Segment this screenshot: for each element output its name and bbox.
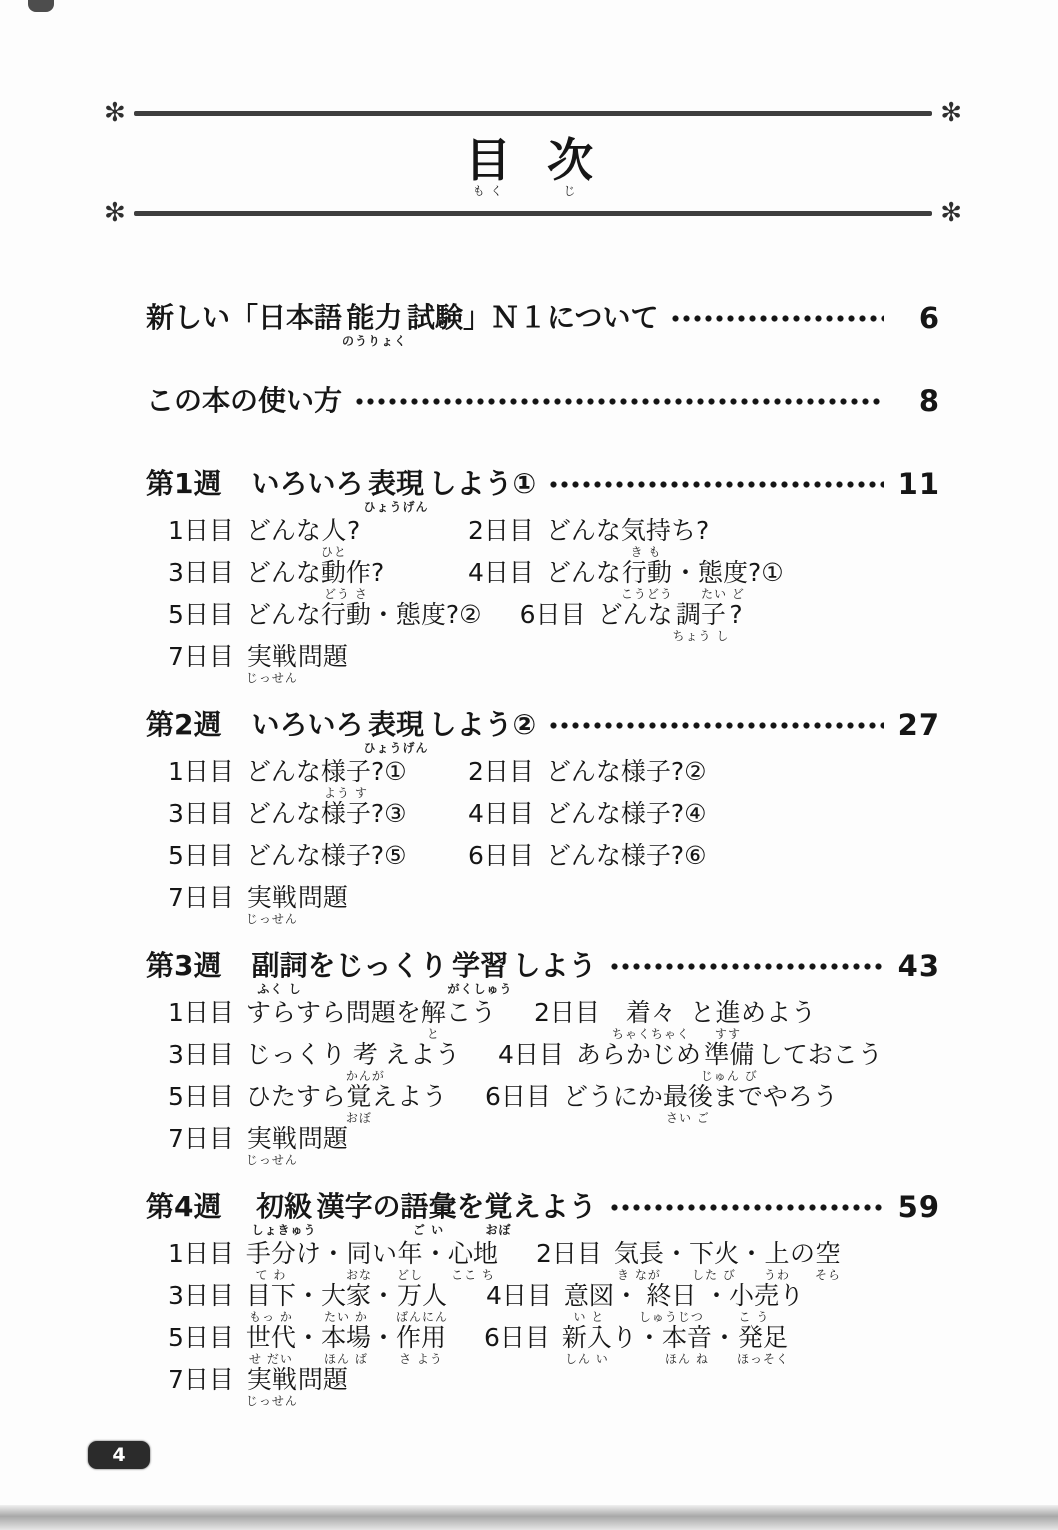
- base-text: 試験」Ｎ１について: [407, 302, 658, 334]
- day-item: 2日目どんな様子?②: [468, 758, 707, 800]
- base-text: 様子: [321, 758, 371, 786]
- base-text: 本音: [662, 1324, 712, 1352]
- day-row: 5日目世代せ だい・本場ほん ば・作用さ よう6日目新入しん いり・本音ほん ね…: [168, 1324, 940, 1366]
- text-segment: ?: [347, 517, 360, 559]
- text-segment: どんな行動・態度?②: [246, 601, 482, 643]
- day-item: 6日目どんな調子ちょう し?: [520, 601, 743, 643]
- text-segment: こう: [446, 999, 496, 1041]
- base-text: どんな: [598, 601, 673, 629]
- base-text: ・: [296, 1282, 321, 1310]
- text-segment: しよう①: [429, 468, 537, 514]
- base-text: い: [372, 1240, 397, 1268]
- day-text: 世代せ だい・本場ほん ば・作用さ よう: [246, 1324, 446, 1366]
- scan-bottom-edge: [0, 1505, 1058, 1530]
- flower-asterisk-icon: ✻: [940, 100, 962, 126]
- ruby-segment: 目も く: [465, 136, 511, 198]
- day-row: 7日目実戦じっせん問題: [168, 643, 940, 685]
- day-label: 3日目: [168, 1282, 234, 1310]
- day-row: 7日目実戦じっせん問題: [168, 884, 940, 926]
- base-text: どんな行動・態度?②: [246, 601, 482, 629]
- ruby-segment: 様子よう す: [321, 758, 371, 800]
- ruby-segment: 終日しゅうじつ: [639, 1282, 704, 1324]
- base-text: 人: [321, 517, 346, 545]
- ruby-segment: 進すす: [715, 999, 741, 1041]
- day-row: 5日目どんな行動・態度?②6日目どんな調子ちょう し?: [168, 601, 940, 643]
- base-text: しておこう: [758, 1041, 883, 1069]
- ruby-segment: 次じ: [547, 136, 593, 198]
- text-segment: ひたすら: [246, 1083, 346, 1125]
- week-heading: 第4週初級しょきゅう漢字の語彙ご いを覚おぼえよう59: [146, 1191, 940, 1237]
- text-segment: ・: [712, 1324, 737, 1366]
- day-label: 7日目: [168, 1366, 234, 1394]
- page-title-wrap: 目も く次じ: [0, 126, 1058, 200]
- furigana: さ よう: [399, 1353, 443, 1366]
- toc-header: ✻ ✻ 目も く次じ ✻ ✻: [0, 0, 1058, 226]
- text-segment: えよう: [513, 1191, 597, 1237]
- text-segment: ?①: [748, 559, 784, 601]
- day-label: 7日目: [168, 884, 234, 912]
- day-item: 5日目ひたすら覚おぼえよう: [168, 1083, 447, 1125]
- furigana: も く: [473, 185, 504, 198]
- horizontal-rule: [134, 211, 932, 216]
- base-text: 実戦: [247, 1366, 297, 1394]
- text-segment: ・: [673, 559, 698, 601]
- base-text: どんな様子?⑤: [246, 842, 407, 870]
- text-segment: どんな様子?②: [546, 758, 707, 800]
- entry-about-new-jlpt-n1: 新しい「日本語能力のうりょく試験」Ｎ１について6: [146, 302, 940, 348]
- base-text: 第1週: [146, 468, 221, 500]
- base-text: 問題: [298, 643, 348, 671]
- base-text: 行動: [622, 559, 672, 587]
- base-text: ?: [371, 559, 384, 587]
- base-text: ?①: [748, 559, 784, 587]
- ruby-segment: 実戦じっせん: [246, 1125, 298, 1167]
- ruby-segment: 表現ひょうげん: [364, 709, 429, 755]
- furigana: しょきゅう: [251, 1224, 316, 1237]
- ruby-segment: 心地ここ ち: [448, 1240, 498, 1282]
- text-segment: どんな: [546, 559, 621, 601]
- base-text: しよう①: [429, 468, 537, 500]
- day-row: 3日目どんな様子?③4日目どんな様子?④: [168, 800, 940, 842]
- day-label: 1日目: [168, 517, 234, 545]
- furigana: おぼ: [346, 1112, 372, 1125]
- furigana: ちょう し: [673, 630, 730, 643]
- ruby-segment: 初級しょきゅう: [251, 1191, 316, 1237]
- furigana: じっせん: [246, 672, 298, 685]
- base-text: いろいろ: [251, 709, 363, 741]
- day-item: 1日目手分て わけ・同おない年どし・心地ここ ち: [168, 1240, 498, 1282]
- day-row: 1日目どんな様子よう す?①2日目どんな様子?②: [168, 758, 940, 800]
- base-text: を: [457, 1191, 485, 1223]
- base-text: ・: [371, 1324, 396, 1352]
- day-label: 5日目: [168, 842, 234, 870]
- day-row: 3日目じっくり考かんがえよう4日目あらかじめ準備じゅん びしておこう: [168, 1041, 940, 1083]
- ornament-rule-top: ✻ ✻: [104, 100, 962, 126]
- text-segment: ?: [729, 601, 742, 643]
- base-text: いろいろ: [251, 468, 363, 500]
- text-segment: いろいろ: [251, 709, 363, 755]
- day-text: どんな動作どう さ?: [246, 559, 384, 601]
- text-segment: 問題: [298, 1125, 348, 1167]
- ruby-segment: 作用さ よう: [396, 1324, 446, 1366]
- day-row: 5日目どんな様子?⑤6日目どんな様子?⑥: [168, 842, 940, 884]
- text-segment: い: [372, 1240, 397, 1282]
- text-segment: どんな: [246, 758, 321, 800]
- base-text: どんな: [246, 758, 321, 786]
- base-text: 気持: [621, 517, 671, 545]
- furigana: さい ご: [666, 1112, 710, 1125]
- dotted-leader: [354, 385, 884, 417]
- base-text: ・: [423, 1240, 448, 1268]
- base-text: 下火: [689, 1240, 739, 1268]
- day-text: すらすら問題を解とこう: [246, 999, 496, 1041]
- base-text: け・: [296, 1240, 346, 1268]
- base-text: 実戦: [247, 1125, 297, 1153]
- ruby-segment: 小売こ う: [729, 1282, 779, 1324]
- furigana: ご い: [413, 1224, 444, 1237]
- text-segment: ・: [371, 1324, 396, 1366]
- text-segment: ・: [423, 1240, 448, 1282]
- ornament-rule-bottom: ✻ ✻: [104, 200, 962, 226]
- ruby-segment: 考かんが: [346, 1041, 385, 1083]
- text-segment: どんな様子?⑥: [546, 842, 707, 884]
- base-text: この本の使い方: [146, 385, 342, 417]
- week-label: 第1週: [146, 468, 221, 514]
- day-item: 3日目目下もっ か・大家たい か・万人ばんにん: [168, 1282, 448, 1324]
- day-text: どんな調子ちょう し?: [598, 601, 743, 643]
- day-text: どんな様子?⑤: [246, 842, 407, 884]
- ruby-segment: 着々ちゃくちゃく: [612, 999, 690, 1041]
- text-segment: どんな: [246, 559, 321, 601]
- text-segment: 試験」Ｎ１について: [407, 302, 658, 348]
- base-text: 世代: [246, 1324, 296, 1352]
- base-text: ?: [347, 517, 360, 545]
- day-item: 3日目どんな動作どう さ?: [168, 559, 430, 601]
- day-item: 7日目実戦じっせん問題: [168, 1125, 430, 1167]
- day-item: 1日目どんな様子よう す?①: [168, 758, 430, 800]
- page-number-badge: 4: [88, 1441, 150, 1469]
- toc-body: 新しい「日本語能力のうりょく試験」Ｎ１について6この本の使い方8第1週いろいろ表…: [0, 302, 1058, 1408]
- base-text: ?①: [371, 758, 407, 786]
- day-item: 1日目どんな人ひと?: [168, 517, 430, 559]
- ruby-segment: 目下もっ か: [246, 1282, 296, 1324]
- furigana: じっせん: [246, 1154, 298, 1167]
- day-row: 5日目ひたすら覚おぼえよう6日目どうにか最後さい ごまでやろう: [168, 1083, 940, 1125]
- text-segment: どんな様子?④: [546, 800, 707, 842]
- day-item: 3日目どんな様子?③: [168, 800, 430, 842]
- base-text: 覚: [485, 1191, 513, 1223]
- ruby-segment: 空そら: [815, 1240, 841, 1282]
- day-label: 1日目: [168, 999, 234, 1027]
- base-text: 目: [465, 136, 511, 184]
- base-text: どんな様子?②: [546, 758, 707, 786]
- text-segment: どんな: [246, 517, 321, 559]
- ruby-segment: 下火した び: [689, 1240, 739, 1282]
- text-segment: ち?: [671, 517, 709, 559]
- text-segment: ?①: [371, 758, 407, 800]
- day-item: 5日目どんな行動・態度?②: [168, 601, 482, 643]
- base-text: 空: [816, 1240, 841, 1268]
- ruby-segment: 本場ほん ば: [321, 1324, 371, 1366]
- text-segment: け・: [296, 1240, 346, 1282]
- day-label: 3日目: [168, 559, 234, 587]
- text-segment: めよう: [741, 999, 816, 1041]
- base-text: 表現: [368, 468, 424, 500]
- base-text: ・: [371, 1282, 396, 1310]
- day-row: 1日目どんな人ひと?2日目どんな気持き もち?: [168, 517, 940, 559]
- base-text: しよう②: [429, 709, 537, 741]
- base-text: しよう: [513, 950, 597, 982]
- ruby-segment: 万人ばんにん: [396, 1282, 448, 1324]
- week-section-3: 第3週副詞ふく しをじっくり学習がくしゅうしよう431日目すらすら問題を解とこう…: [146, 950, 940, 1167]
- day-label: 2日目: [468, 517, 534, 545]
- day-text: あらかじめ準備じゅん びしておこう: [576, 1041, 883, 1083]
- day-text: どんな様子?②: [546, 758, 707, 800]
- day-label: 6日目: [520, 601, 586, 629]
- base-text: 着々: [626, 999, 676, 1027]
- base-text: どんな: [546, 559, 621, 587]
- flower-asterisk-icon: ✻: [104, 200, 126, 226]
- base-text: 語彙: [401, 1191, 457, 1223]
- text-segment: と: [690, 999, 715, 1041]
- ruby-segment: 実戦じっせん: [246, 884, 298, 926]
- text-segment: の: [790, 1240, 815, 1282]
- base-text: り・: [612, 1324, 662, 1352]
- base-text: 第2週: [146, 709, 221, 741]
- week-section-4: 第4週初級しょきゅう漢字の語彙ご いを覚おぼえよう591日目手分て わけ・同おな…: [146, 1191, 940, 1408]
- day-row: 3日目目下もっ か・大家たい か・万人ばんにん4日目意図い と・終日しゅうじつ・…: [168, 1282, 940, 1324]
- base-text: 次: [547, 136, 593, 184]
- text-segment: しよう②: [429, 709, 537, 755]
- dotted-leader: [609, 950, 884, 982]
- day-text: じっくり考かんがえよう: [246, 1041, 460, 1083]
- text-segment: ・: [664, 1240, 689, 1282]
- text-segment: 問題: [298, 884, 348, 926]
- ruby-segment: 副詞ふく し: [251, 950, 307, 996]
- base-text: 初級: [256, 1191, 312, 1223]
- base-text: あらかじめ: [576, 1041, 701, 1069]
- day-item: 4日目あらかじめ準備じゅん びしておこう: [498, 1041, 883, 1083]
- week-heading: 第2週いろいろ表現ひょうげんしよう②27: [146, 709, 940, 755]
- entry-title: いろいろ表現ひょうげんしよう②: [251, 709, 536, 755]
- week-section-2: 第2週いろいろ表現ひょうげんしよう②271日目どんな様子よう す?①2日目どんな…: [146, 709, 940, 926]
- flower-asterisk-icon: ✻: [104, 100, 126, 126]
- toc-page: ✻ ✻ 目も く次じ ✻ ✻ 新しい「日本語能力のうりょく試験」Ｎ１について6こ…: [0, 0, 1058, 1530]
- base-text: ・: [704, 1282, 729, 1310]
- base-text: 最後: [663, 1083, 713, 1111]
- furigana: ひょうげん: [364, 501, 429, 514]
- base-text: 問題: [298, 1366, 348, 1394]
- entry-how-to-use-this-book: この本の使い方8: [146, 385, 940, 431]
- base-text: めよう: [741, 999, 816, 1027]
- base-text: 手分: [246, 1240, 296, 1268]
- text-segment: ・: [704, 1282, 729, 1324]
- text-segment: までやろう: [713, 1083, 838, 1125]
- week-label: 第3週: [146, 950, 221, 996]
- day-label: 4日目: [486, 1282, 552, 1310]
- day-label: 5日目: [168, 1324, 234, 1352]
- base-text: どんな様子?⑥: [546, 842, 707, 870]
- base-text: 万人: [397, 1282, 447, 1310]
- base-text: えよう: [385, 1041, 460, 1069]
- base-text: 漢字の: [317, 1191, 401, 1223]
- day-label: 3日目: [168, 1041, 234, 1069]
- day-item: 4日目どんな様子?④: [468, 800, 707, 842]
- entry-title: この本の使い方: [146, 385, 342, 431]
- base-text: 実戦: [247, 884, 297, 912]
- day-label: 1日目: [168, 758, 234, 786]
- base-text: 本場: [321, 1324, 371, 1352]
- furigana: がくしゅう: [448, 983, 513, 996]
- furigana: ほん ね: [665, 1353, 709, 1366]
- day-label: 6日目: [485, 1083, 551, 1111]
- day-text: 実戦じっせん問題: [246, 884, 348, 926]
- day-label: 4日目: [498, 1041, 564, 1069]
- base-text: ち?: [671, 517, 709, 545]
- day-label: 5日目: [168, 1083, 234, 1111]
- day-text: どんな様子?④: [546, 800, 707, 842]
- page-ref: 8: [892, 385, 940, 417]
- week-heading: 第3週副詞ふく しをじっくり学習がくしゅうしよう43: [146, 950, 940, 996]
- text-segment: ・: [296, 1324, 321, 1366]
- ruby-segment: 気持き も: [621, 517, 671, 559]
- day-item: 3日目じっくり考かんがえよう: [168, 1041, 460, 1083]
- day-text: 実戦じっせん問題: [246, 1125, 348, 1167]
- base-text: 大家: [321, 1282, 371, 1310]
- base-text: り: [779, 1282, 804, 1310]
- day-text: 新入しん いり・本音ほん ね・発足ほっそく: [562, 1324, 789, 1366]
- ruby-segment: 表現ひょうげん: [364, 468, 429, 514]
- text-segment: 問題: [298, 1366, 348, 1408]
- entry-title: 副詞ふく しをじっくり学習がくしゅうしよう: [251, 950, 596, 996]
- day-row: 1日目手分て わけ・同おない年どし・心地ここ ち2日目気長き なが・下火した び…: [168, 1240, 940, 1282]
- week-heading: 第1週いろいろ表現ひょうげんしよう①11: [146, 468, 940, 514]
- text-segment: を: [457, 1191, 485, 1237]
- base-text: 調子: [676, 601, 726, 629]
- day-text: 手分て わけ・同おない年どし・心地ここ ち: [246, 1240, 498, 1282]
- page-ref: 43: [892, 950, 940, 982]
- base-text: をじっくり: [308, 950, 448, 982]
- day-label: 5日目: [168, 601, 234, 629]
- ruby-segment: 調子ちょう し: [673, 601, 730, 643]
- base-text: 準備: [704, 1041, 754, 1069]
- base-text: ・: [664, 1240, 689, 1268]
- ruby-segment: 世代せ だい: [246, 1324, 296, 1366]
- base-text: 終日: [646, 1282, 696, 1310]
- ruby-segment: 実戦じっせん: [246, 643, 298, 685]
- day-item: 7日目実戦じっせん問題: [168, 884, 430, 926]
- base-text: ひたすら: [246, 1083, 346, 1111]
- ruby-segment: 人ひと: [321, 517, 347, 559]
- base-text: どんな: [246, 559, 321, 587]
- text-segment: じっくり: [246, 1041, 346, 1083]
- base-text: 作用: [396, 1324, 446, 1352]
- text-segment: どんな: [546, 517, 621, 559]
- page-ref: 6: [892, 302, 940, 334]
- day-label: 4日目: [468, 800, 534, 828]
- day-text: 気長き なが・下火した び・上うわの空そら: [614, 1240, 841, 1282]
- furigana: ほっそく: [737, 1353, 789, 1366]
- base-text: ・: [739, 1240, 764, 1268]
- furigana: じっせん: [246, 913, 298, 926]
- day-text: 目下もっ か・大家たい か・万人ばんにん: [246, 1282, 448, 1324]
- entry-title: 新しい「日本語能力のうりょく試験」Ｎ１について: [146, 302, 658, 348]
- furigana: ふく し: [257, 983, 301, 996]
- base-text: までやろう: [713, 1083, 838, 1111]
- base-text: 覚: [346, 1083, 371, 1111]
- base-text: えよう: [513, 1191, 597, 1223]
- base-text: 目下: [246, 1282, 296, 1310]
- base-text: 動作: [321, 559, 371, 587]
- day-item: 6日目新入しん いり・本音ほん ね・発足ほっそく: [484, 1324, 789, 1366]
- day-row: 1日目すらすら問題を解とこう2日目着々ちゃくちゃくと進すすめよう: [168, 999, 940, 1041]
- base-text: 学習: [452, 950, 508, 982]
- base-text: ・: [296, 1324, 321, 1352]
- ruby-segment: 最後さい ご: [663, 1083, 713, 1125]
- day-text: 実戦じっせん問題: [246, 1366, 348, 1408]
- day-label: 4日目: [468, 559, 534, 587]
- day-text: どんな人ひと?: [246, 517, 360, 559]
- base-text: ・: [712, 1324, 737, 1352]
- page-number: 4: [112, 1444, 125, 1466]
- day-item: 4日目どんな行動こうどう・態度たい ど?①: [468, 559, 784, 601]
- page-ref: 59: [892, 1191, 940, 1223]
- entry-title: 初級しょきゅう漢字の語彙ご いを覚おぼえよう: [251, 1191, 596, 1237]
- page-ref: 11: [892, 468, 940, 500]
- furigana: じっせん: [246, 1395, 298, 1408]
- day-text: どんな行動こうどう・態度たい ど?①: [546, 559, 784, 601]
- day-text: 着々ちゃくちゃくと進すすめよう: [612, 999, 816, 1041]
- base-text: 第4週: [146, 1191, 221, 1223]
- furigana: のうりょく: [342, 335, 407, 348]
- ruby-segment: 解と: [421, 999, 446, 1041]
- base-text: 実戦: [247, 643, 297, 671]
- base-text: 第3週: [146, 950, 221, 982]
- week-label: 第4週: [146, 1191, 221, 1237]
- day-text: どんな様子よう す?①: [246, 758, 407, 800]
- base-text: どんな: [546, 517, 621, 545]
- dotted-leader: [670, 302, 884, 334]
- base-text: 新入: [562, 1324, 612, 1352]
- day-label: 7日目: [168, 643, 234, 671]
- day-text: ひたすら覚おぼえよう: [246, 1083, 447, 1125]
- base-text: 副詞: [251, 950, 307, 982]
- day-text: どんな気持き もち?: [546, 517, 709, 559]
- text-segment: 第2週: [146, 709, 221, 755]
- furigana: そら: [815, 1269, 841, 1282]
- flower-asterisk-icon: ✻: [940, 200, 962, 226]
- text-segment: しておこう: [758, 1041, 883, 1083]
- text-segment: 第4週: [146, 1191, 221, 1237]
- week-section-1: 第1週いろいろ表現ひょうげんしよう①111日目どんな人ひと?2日目どんな気持き …: [146, 468, 940, 685]
- base-text: 考: [353, 1041, 378, 1069]
- text-segment: 問題: [298, 643, 348, 685]
- base-text: どんな: [246, 517, 321, 545]
- furigana: ひょうげん: [364, 742, 429, 755]
- furigana: じ: [563, 185, 576, 198]
- base-text: 気長: [614, 1240, 664, 1268]
- dotted-leader: [548, 468, 884, 500]
- day-text: 意図い と・終日しゅうじつ・小売こ うり: [564, 1282, 804, 1324]
- base-text: えよう: [372, 1083, 447, 1111]
- dotted-leader: [548, 709, 884, 741]
- horizontal-rule: [134, 111, 932, 116]
- base-text: 発足: [738, 1324, 788, 1352]
- base-text: の: [790, 1240, 815, 1268]
- text-segment: この本の使い方: [146, 385, 342, 431]
- text-segment: ・: [614, 1282, 639, 1324]
- ruby-segment: 発足ほっそく: [737, 1324, 789, 1366]
